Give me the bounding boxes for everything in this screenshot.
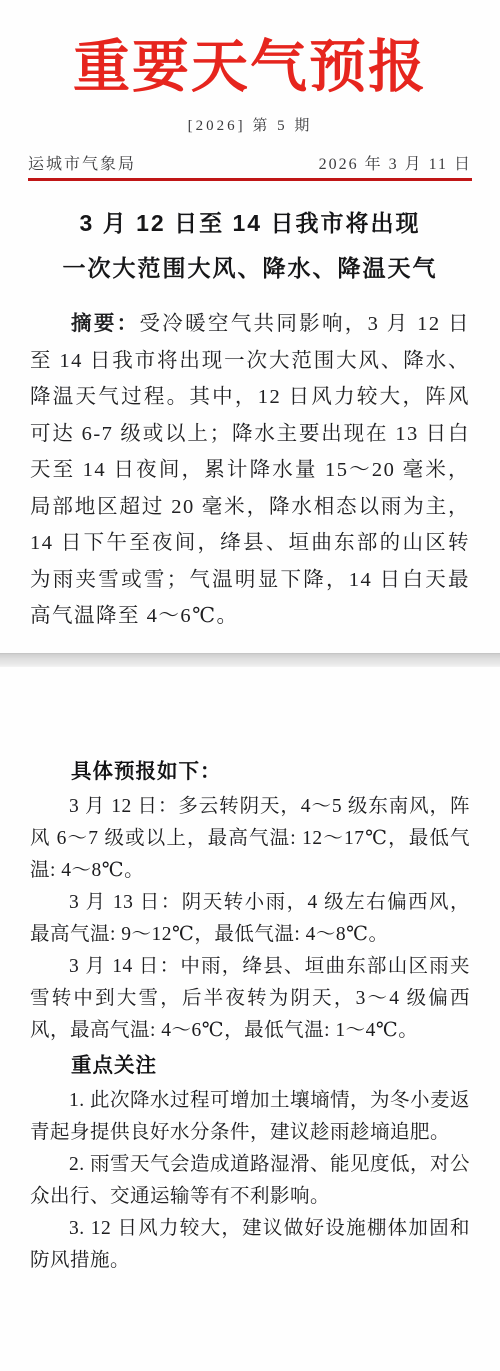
forecast-date-label: 3 月 13 日： bbox=[69, 892, 182, 913]
forecast-date-label: 3 月 14 日： bbox=[69, 956, 180, 977]
key-point-3: 3. 12 日风力较大，建议做好设施棚体加固和防风措施。 bbox=[30, 1213, 470, 1277]
forecast-item-mar12: 3 月 12 日：多云转阴天，4～5 级东南风，阵风 6～7 级或以上，最高气温… bbox=[30, 791, 470, 887]
issue-date: 2026 年 3 月 11 日 bbox=[319, 151, 472, 174]
key-point-2: 2. 雨雪天气会造成道路湿滑、能见度低，对公众出行、交通运输等有不利影响。 bbox=[30, 1149, 470, 1213]
forecast-item-mar13: 3 月 13 日：阴天转小雨，4 级左右偏西风，最高气温: 9～12℃，最低气温… bbox=[30, 887, 470, 951]
page-separator-band bbox=[0, 653, 500, 667]
forecast-heading: 具体预报如下： bbox=[30, 756, 470, 788]
summary-label: 摘要： bbox=[71, 313, 139, 335]
headline-line-2: 一次大范围大风、降水、降温天气 bbox=[0, 252, 500, 284]
bulletin-headline: 3 月 12 日至 14 日我市将出现 一次大范围大风、降水、降温天气 bbox=[0, 207, 500, 284]
forecast-date-label: 3 月 12 日： bbox=[69, 796, 178, 817]
key-points-heading: 重点关注 bbox=[30, 1050, 470, 1082]
summary-text: 受冷暖空气共同影响，3 月 12 日至 14 日我市将出现一次大范围大风、降水、… bbox=[30, 313, 470, 627]
detail-section: 具体预报如下： 3 月 12 日：多云转阴天，4～5 级东南风，阵风 6～7 级… bbox=[0, 756, 500, 1277]
document-title: 重要天气预报 bbox=[0, 0, 500, 104]
weather-bulletin-page: 重要天气预报 [2026] 第 5 期 运城市气象局 2026 年 3 月 11… bbox=[0, 0, 500, 1371]
issuing-agency: 运城市气象局 bbox=[28, 151, 136, 174]
issue-number: [2026] 第 5 期 bbox=[0, 114, 500, 135]
agency-date-row: 运城市气象局 2026 年 3 月 11 日 bbox=[28, 151, 472, 174]
forecast-item-mar14: 3 月 14 日：中雨，绛县、垣曲东部山区雨夹雪转中到大雪，后半夜转为阴天，3～… bbox=[30, 951, 470, 1047]
headline-line-1: 3 月 12 日至 14 日我市将出现 bbox=[0, 207, 500, 239]
key-point-1: 1. 此次降水过程可增加土壤墒情，为冬小麦返青起身提供良好水分条件，建议趁雨趁墒… bbox=[30, 1085, 470, 1149]
summary-paragraph: 摘要：受冷暖空气共同影响，3 月 12 日至 14 日我市将出现一次大范围大风、… bbox=[30, 306, 470, 635]
header-divider-rule bbox=[28, 178, 472, 181]
